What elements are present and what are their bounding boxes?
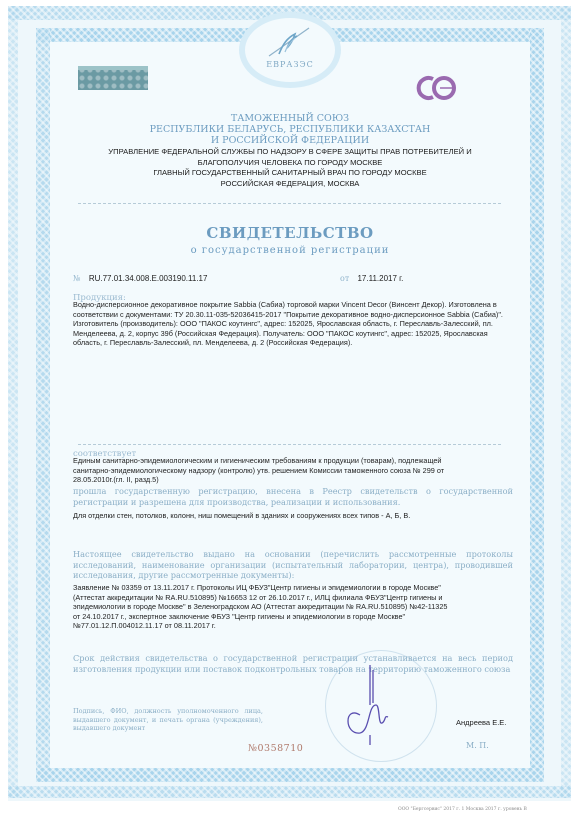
product-text: Водно-дисперсионное декоративное покрыти… — [73, 300, 513, 348]
border-ornament — [36, 768, 544, 782]
emblem-label: ЕВРАЗЭС — [245, 60, 335, 69]
printer-note: ООО "Бергсервис" 2017 г. 1 Москва 2017 г… — [398, 807, 527, 812]
header-republics-1: РЕСПУБЛИКИ БЕЛАРУСЬ, РЕСПУБЛИКИ КАЗАХСТА… — [60, 124, 520, 135]
border-ornament — [530, 28, 544, 782]
registration-text: прошла государственную регистрацию, внес… — [73, 486, 513, 507]
border-ornament — [36, 28, 50, 782]
divider — [78, 444, 502, 445]
eurasec-emblem: ЕВРАЗЭС — [245, 18, 335, 82]
compliance-text: Единым санитарно-эпидемиологическим и ги… — [73, 456, 473, 485]
signer-name: Андреева Е.Е. — [456, 718, 506, 727]
document-title: СВИДЕТЕЛЬСТВО — [60, 224, 520, 242]
seal-label: М. П. — [466, 741, 489, 750]
header-union: ТАМОЖЕННЫЙ СОЮЗ — [60, 113, 520, 124]
validity-text: Срок действия свидетельства о государств… — [73, 653, 513, 674]
date-value: 17.11.2017 г. — [357, 274, 403, 283]
hologram-sticker — [78, 66, 148, 90]
date-label: от — [340, 274, 349, 283]
divider — [78, 203, 502, 204]
basis-detail: Заявление № 03359 от 13.11.2017 г. Прото… — [73, 583, 453, 631]
certificate-date: от 17.11.2017 г. — [340, 274, 403, 283]
header-republics-2: И РОССИЙСКОЙ ФЕДЕРАЦИИ — [60, 135, 520, 146]
sanitary-mark-icon — [413, 74, 463, 102]
border-ornament — [8, 6, 18, 798]
certificate-number: № RU.77.01.34.008.Е.003190.11.17 — [73, 274, 207, 283]
eurasec-logo-icon — [265, 24, 315, 60]
border-ornament — [8, 786, 571, 798]
signature-caption: Подпись, ФИО, должность уполномоченного … — [73, 707, 263, 733]
border-ornament — [561, 6, 571, 798]
usage-text: Для отделки стен, потолков, колонн, ниш … — [73, 511, 513, 521]
signature-icon — [330, 665, 410, 745]
org-line: РОССИЙСКАЯ ФЕДЕРАЦИЯ, МОСКВА — [60, 179, 520, 190]
org-line: ГЛАВНЫЙ ГОСУДАРСТВЕННЫЙ САНИТАРНЫЙ ВРАЧ … — [60, 168, 520, 179]
serial-number: №0358710 — [248, 743, 303, 754]
org-line: БЛАГОПОЛУЧИЯ ЧЕЛОВЕКА ПО ГОРОДУ МОСКВЕ — [60, 158, 520, 169]
number-label: № — [73, 274, 81, 283]
basis-text: Настоящее свидетельство выдано на основа… — [73, 549, 513, 581]
header-organization: УПРАВЛЕНИЕ ФЕДЕРАЛЬНОЙ СЛУЖБЫ ПО НАДЗОРУ… — [60, 147, 520, 189]
document-subtitle: о государственной регистрации — [60, 245, 520, 256]
number-value: RU.77.01.34.008.Е.003190.11.17 — [89, 274, 208, 283]
org-line: УПРАВЛЕНИЕ ФЕДЕРАЛЬНОЙ СЛУЖБЫ ПО НАДЗОРУ… — [60, 147, 520, 158]
